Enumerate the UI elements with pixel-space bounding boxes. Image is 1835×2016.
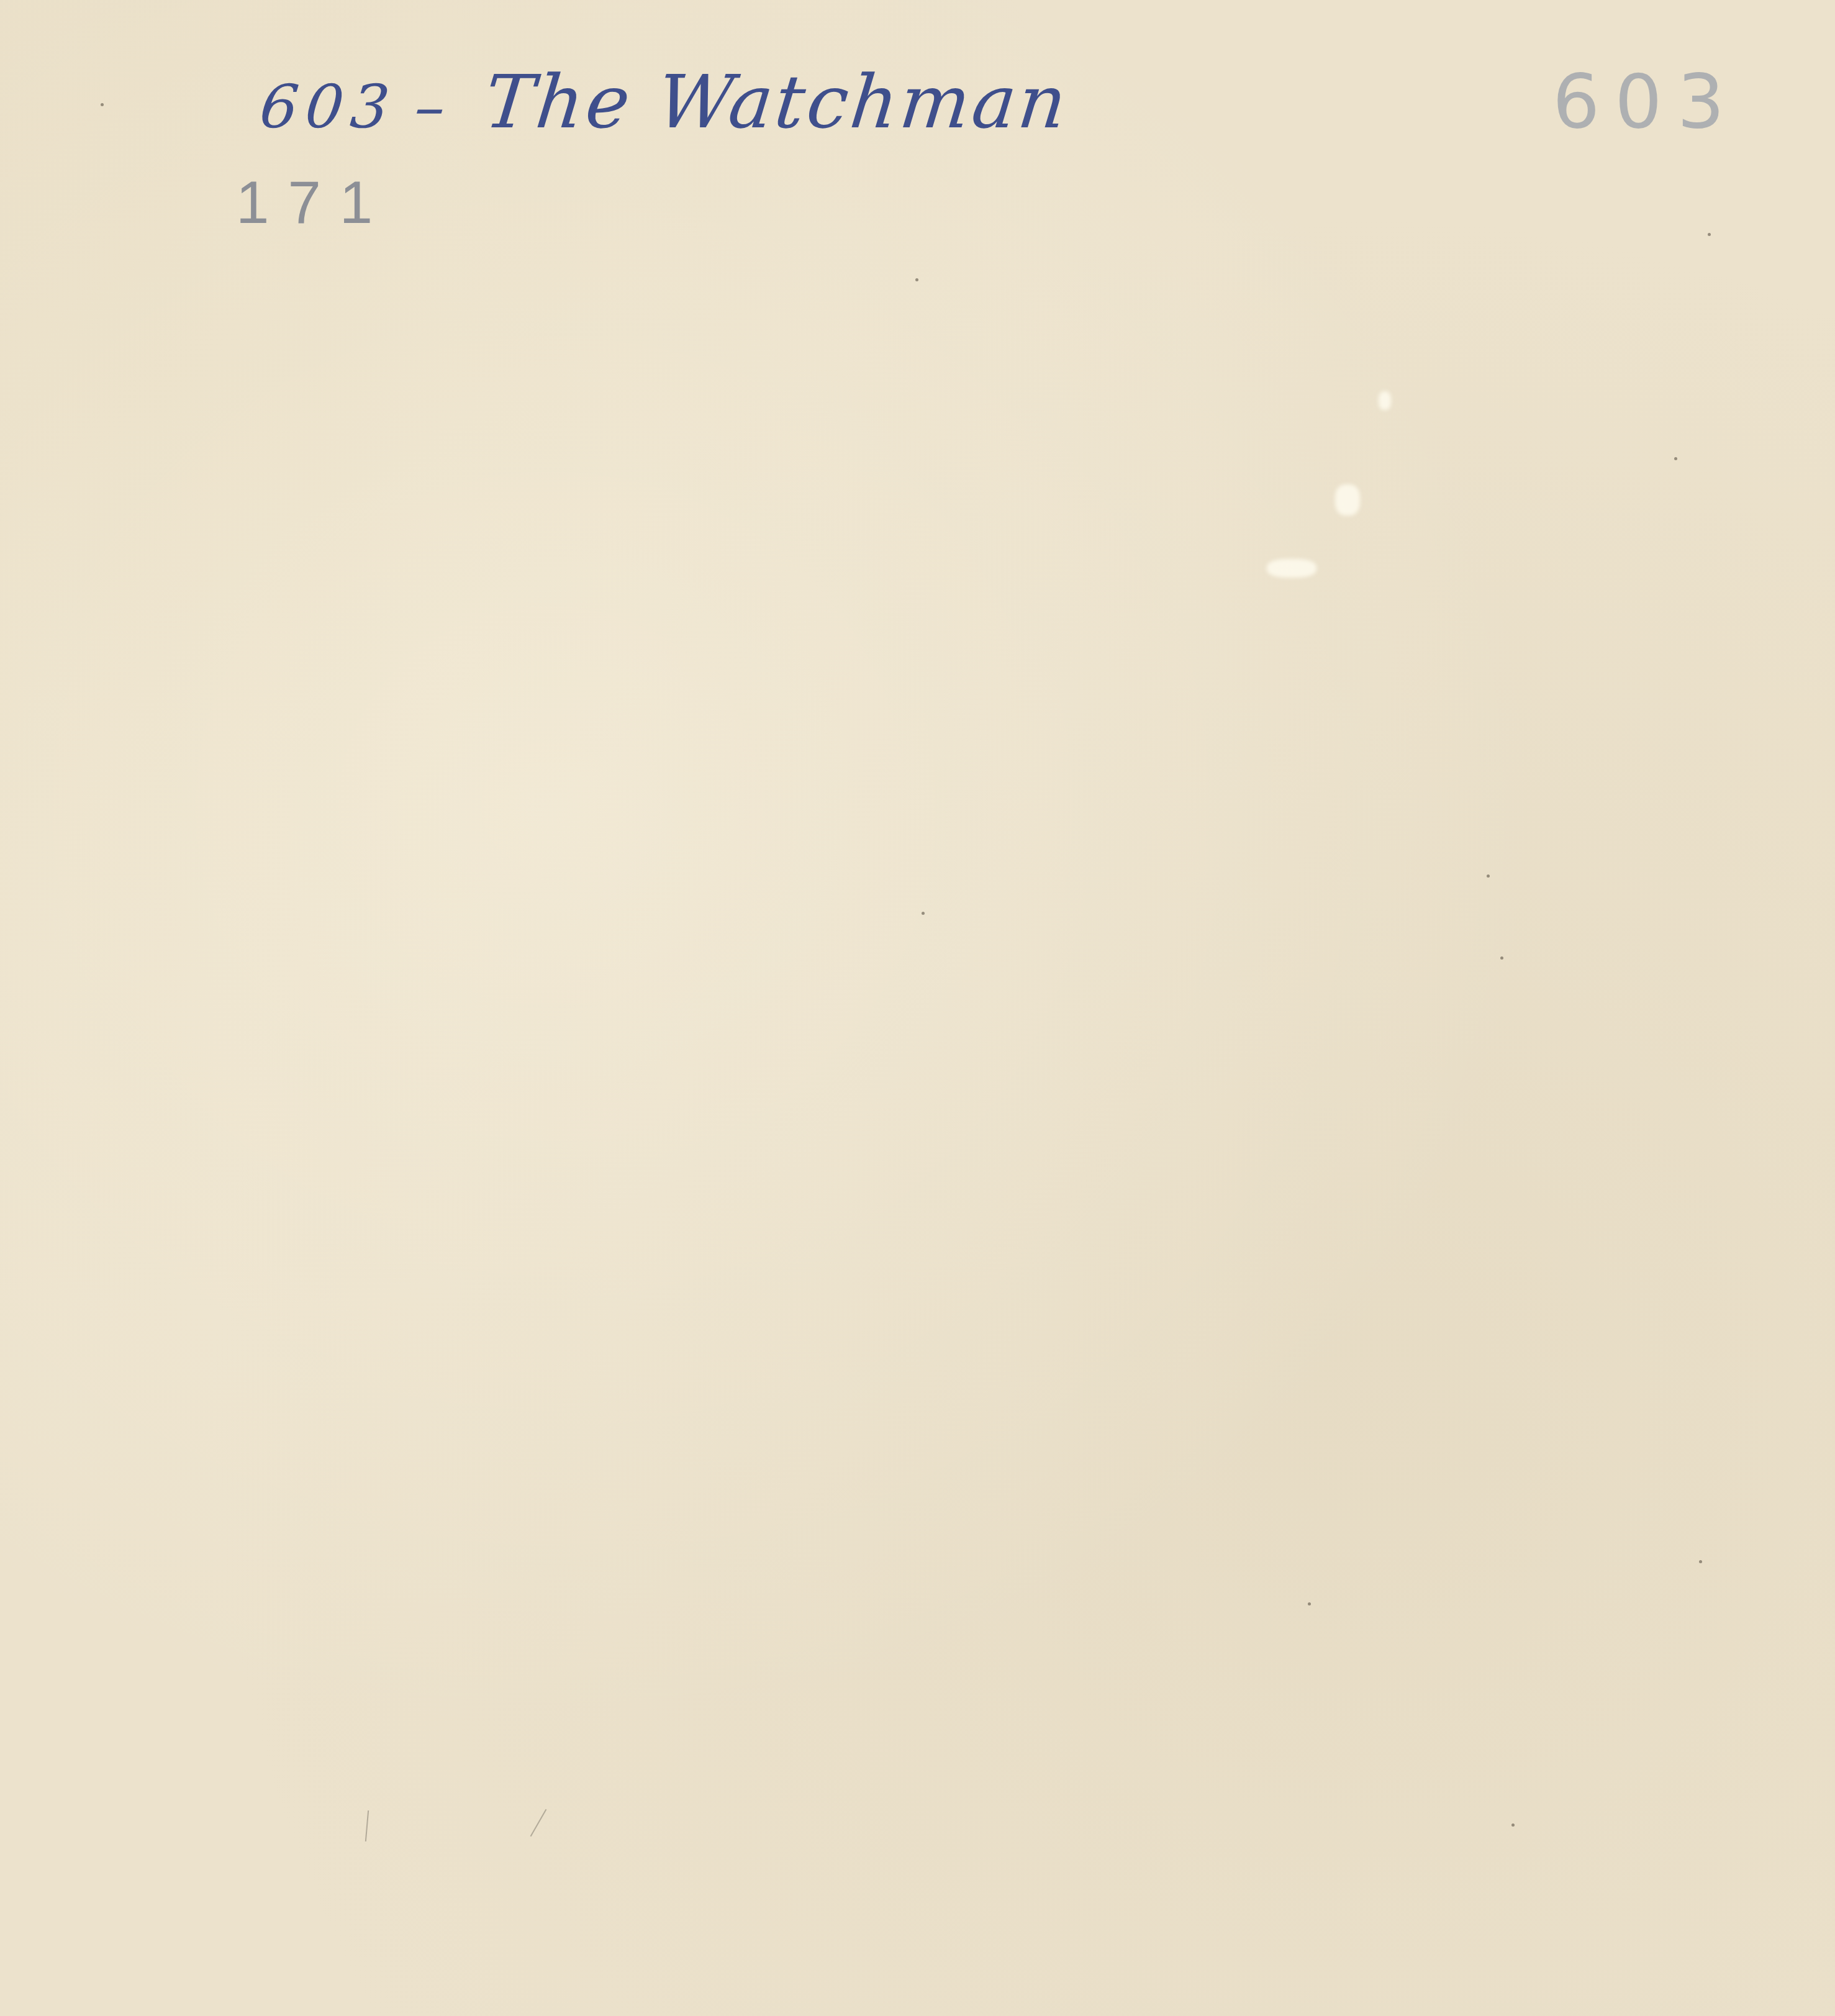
pencil-scratch-mark	[365, 1810, 369, 1841]
paper-speck	[922, 912, 925, 915]
paper-speck	[1308, 1602, 1311, 1605]
paper-speck	[1699, 1560, 1702, 1563]
paper-speck	[1708, 233, 1711, 236]
title-separator: –	[412, 72, 451, 142]
paper-speck	[915, 278, 918, 281]
paper-speck	[1511, 1823, 1515, 1827]
catalog-number: 603	[256, 72, 400, 142]
pencil-corner-number: 603	[1552, 59, 1739, 145]
paper-blemish	[1267, 559, 1316, 578]
paper-speck	[1500, 956, 1503, 960]
paper-speck	[1674, 457, 1677, 460]
pencil-scratch-mark	[530, 1809, 547, 1837]
handwritten-title-line: 603–The Watchman	[256, 59, 1073, 145]
document-title: The Watchman	[481, 59, 1073, 145]
paper-sheet: 603–The Watchman 171 603	[0, 0, 1835, 2016]
pencil-secondary-number: 171	[236, 169, 391, 237]
paper-speck	[1487, 874, 1490, 878]
paper-speck	[101, 103, 104, 106]
paper-blemish	[1335, 484, 1360, 515]
paper-blemish	[1379, 391, 1391, 410]
